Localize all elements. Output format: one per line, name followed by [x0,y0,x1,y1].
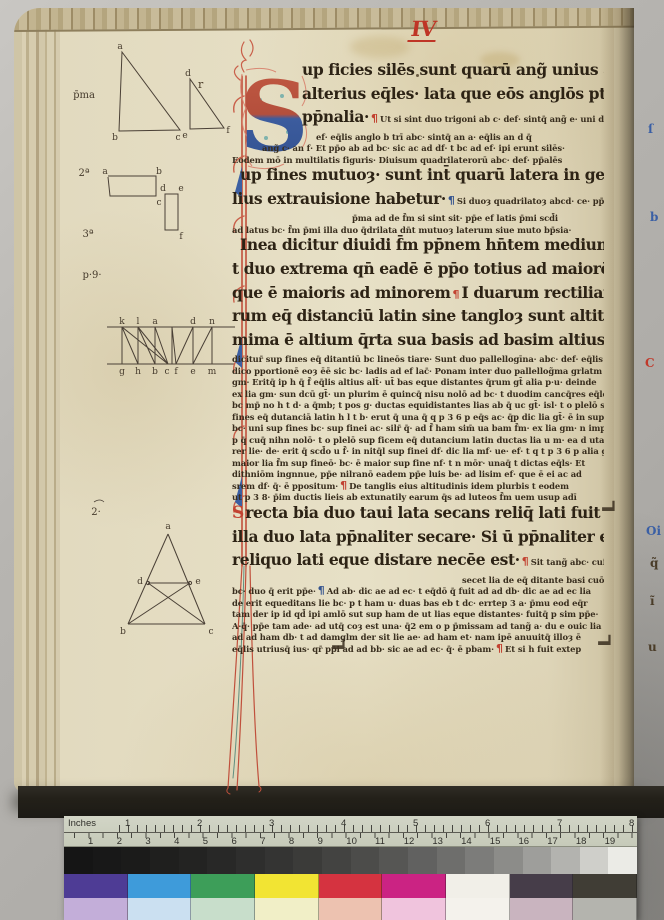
text-segment: Sit tang̃ abc· cui duo lam ab ac· [531,557,604,567]
fig3-top-label: l [137,317,140,327]
red-paragraph-mark: ¶ [371,112,378,125]
manuscript-text-line: eq̄lis utriusq̄ ius· qr̄ pp̄i ad ad bb· … [232,641,604,653]
cm-number: 14 [461,836,472,847]
manuscript-text-line: que ē maioris ad minorem¶I duarum rectil… [232,281,604,305]
grayscale-step [608,847,637,874]
pastel-patch-row [64,898,637,920]
manuscript-text-line: reliquo lati eque distare necēe est·¶Sit… [232,548,604,572]
facing-page-mark: ĩ [650,594,655,608]
cm-number: 5 [203,836,208,847]
color-patch [510,874,574,898]
cm-number: 18 [576,836,587,847]
ruler-inches-row: Inches 12345678 [64,816,637,832]
text-segment: Et si h fuit extep [505,644,581,654]
fig1-label: b [112,133,118,143]
fig2-label: b [156,167,162,177]
cm-number: 9 [318,836,323,847]
inch-number: 7 [557,818,562,829]
grayscale-step [121,847,150,874]
text-segment: up fines mutuoȝ· sunt int̄ quarū latera … [240,165,604,184]
pastel-patch [191,898,255,920]
manuscript-text-line: illa duo lata pp̄naliter secare· Si ū pp… [232,525,604,549]
fig2-label: c [156,198,161,208]
red-paragraph-mark: ¶ [496,642,503,655]
manuscript-text-line: dithniōm ingnnue, pp̄e nilranō eadem pp̄… [232,466,604,478]
manuscript-text-line: bc mp̄ no h t d· a q̄mb; t pos g· ductas… [232,397,604,409]
manuscript-text-line: A·q̄· pp̄e tam ade· ad utq̄ coȝ est una·… [232,618,604,630]
color-patch [255,874,319,898]
parchment-stain [350,36,410,58]
inch-number: 8 [629,818,634,829]
grayscale-step [551,847,580,874]
facing-page-mark: u [648,640,657,654]
cm-number: 1 [88,836,93,847]
color-patch [64,874,128,898]
grayscale-step [265,847,294,874]
manuscript-text-line: p̄ma ad de f̄m si sint sit· pp̄e ef lati… [232,210,604,222]
grayscale-strip [64,847,637,874]
manuscript-text-line: fines eq̄ dutanciā latin h l t b· erut q… [232,409,604,421]
pastel-patch [64,898,128,920]
text-segment: t duo extrema qn̄ eadē ē pp̄o totius ad … [232,259,604,278]
text-segment: rum eq̄ distanciū latin sine tangloȝ sun… [232,306,604,325]
margin-note: 2· [91,507,101,518]
text-segment: Inea dicitur diuidi f̄m pp̄nem hn̄tem me… [240,235,604,254]
fig4-label: d [137,577,143,587]
manuscript-text-line: ex lia gm· sun dcū gt̄· un plurim ē quin… [232,386,604,398]
red-initial: S [232,503,244,523]
red-paragraph-mark: ¶ [522,555,529,568]
fig3-top-label: a [152,317,158,327]
margin-note: 2ª [78,168,89,179]
book-cast-shadow [18,786,664,818]
manuscript-text-line: srem df· q̄· ē ppositum·¶De tanglis eius… [232,478,604,490]
ruler-cm-row: 12345678910111213141516171819 [64,832,637,847]
cm-number: 12 [404,836,415,847]
grayscale-step [465,847,494,874]
cm-number: 4 [174,836,179,847]
manuscript-text-line: maior lia f̄m sup fineō· bc· ē maior sup… [232,455,604,467]
color-patch [191,874,255,898]
text-segment: mima ē altium q̄rta sua basis ad basim a… [232,330,604,349]
fig1-label: a [117,42,123,52]
red-paragraph-mark: ¶ [452,288,459,301]
fig3-bottom-label: g [119,367,125,377]
manuscript-text-line: up fines mutuoȝ· sunt int̄ quarū latera … [232,163,604,187]
margin-note: 3ª [82,229,93,240]
book-fore-edge-pages [14,18,60,792]
manuscript-text-line: bc· duo q̄ erit pp̄e·¶Ad ab· dic ae ad e… [232,583,604,595]
cm-number: 16 [519,836,530,847]
manuscript-text-line: de erit equeditans lie bc· p t ham u· du… [232,595,604,607]
manuscript-text-line: bc· uni sup fines bc· sup finei ac· silr… [232,420,604,432]
folio-numeral: IV [407,18,438,42]
manuscript-text-line: pp̄nalia·¶Ut si sint duo trigoni ab c· d… [232,105,604,129]
grayscale-step [351,847,380,874]
pastel-patch [382,898,446,920]
manuscript-text-line: ut p 3 8· p̄im ductis lieis ab extunatil… [232,489,604,501]
grayscale-step [179,847,208,874]
ruler-units-label: Inches [68,818,96,829]
fig2-label: d [160,184,166,194]
grayscale-step [437,847,466,874]
fig4-label: c [208,627,213,637]
manuscript-text-line: ang̃ c· an f· Et pp̄o ab ad bc· sic ac a… [232,140,604,152]
grayscale-step [93,847,122,874]
manuscript-text-line: alterius eq̄les· lata que eōs anglōs pti… [232,82,604,106]
grayscale-step [379,847,408,874]
color-patch [573,874,637,898]
grayscale-step [207,847,236,874]
cm-number: 2 [117,836,122,847]
inch-number: 2 [197,818,202,829]
manuscript-text-line: Inea dicitur diuidi f̄m pp̄nem hn̄tem me… [232,233,604,257]
grayscale-step [580,847,609,874]
manuscript-text-line: tam der ip id qd̄ ipi amlō sut sup ham d… [232,606,604,618]
manuscript-text-line: up ficies silēs sunt quarū ang̃ unius an… [232,58,604,82]
fig4-label: b [120,627,126,637]
text-segment: illa duo lata pp̄naliter secare· Si ū pp… [232,527,604,546]
ruler: Inches 12345678 123456789101112131415161… [64,816,637,847]
cm-number: 13 [432,836,443,847]
color-patch [128,874,192,898]
manuscript-text-line: dico pportionē eoȝ ēē sic bc· ladis ad e… [232,363,604,375]
fig3-top-label: k [119,317,125,327]
manuscript-text-line: rer lie· de· erit q̄ scd̄o u f̄· in nitq… [232,443,604,455]
cm-number: 3 [145,836,150,847]
fig2-label: e [178,184,183,194]
cm-number: 10 [346,836,357,847]
manuscript-text-line: lius extrauisione habetur·¶Si duoȝ quadr… [232,187,604,211]
fig3-bottom-label: f [174,367,178,377]
manuscript-text-line: ad ad ham db· t ad damglm der sit lie ae… [232,629,604,641]
fig1-label: e [182,131,187,141]
grayscale-step [494,847,523,874]
grayscale-step [408,847,437,874]
manuscript-text-line: gm· Eritq̄ ip h q̄ f̄ eq̄lis altius alt̄… [232,374,604,386]
manuscript-text-line: ad latus bc· f̄m p̄mi illa duo q̄drilata… [232,222,604,234]
blue-paragraph-mark: ¶ [448,194,455,207]
pastel-patch [319,898,383,920]
manuscript-text-line: Srecta bia duo taui lata secans reliq̄ l… [232,501,604,525]
margin-proposition-numbers: p̄ma2ª3ªp·9·2· [73,90,101,518]
fig1-label: c [175,133,180,143]
grayscale-step [150,847,179,874]
text-segment: Ut si sint duo trigoni ab c· def· sintq̄… [380,114,604,124]
manuscript-text-line: mima ē altium q̄rta sua basis ad basim a… [232,328,604,352]
text-segment: alterius eq̄les· lata que eōs anglōs pti… [302,84,604,103]
fig3-bottom-label: h [135,367,141,377]
fig2-label: f [179,232,183,242]
cm-number: 11 [375,836,385,847]
text-segment: reliquo lati eque distare necēe est· [232,550,520,569]
pastel-patch [255,898,319,920]
margin-note: p·9· [82,270,101,281]
text-segment: pp̄nalia· [302,107,369,126]
facing-page-mark: ſ [648,122,653,136]
text-segment: eq̄lis utriusq̄ ius· qr̄ pp̄i ad ad bb· … [232,644,494,654]
color-patch [319,874,383,898]
fig4-label: a [165,522,171,532]
facing-page-mark: q̃ [650,556,658,570]
inch-number: 5 [413,818,418,829]
text-segment: lius extrauisione habetur· [232,189,446,208]
grayscale-step [322,847,351,874]
line-filler-mark: ⌐ [600,488,617,529]
grayscale-step [236,847,265,874]
facing-page-mark: Oi [646,524,661,538]
fig3-bottom-label: b [152,367,158,377]
inch-number: 3 [269,818,274,829]
text-segment: I duarum rectiliarum sr̄e [461,283,604,302]
grayscale-step [293,847,322,874]
cm-number: 19 [605,836,616,847]
fig3-bottom-label: m [208,367,217,377]
inch-number: 1 [125,818,130,829]
cm-number: 7 [260,836,265,847]
text-segment: que ē maioris ad minorem [232,283,450,302]
facing-page-mark: C [645,356,655,370]
color-patch [446,874,510,898]
manuscript-text-line: secet lia de eq̄ ditante basi cuō q̄ ē [232,572,604,584]
manuscript-text-line: p q̄ cuq̄ nihn nolō· t o plelō sup ficem… [232,432,604,444]
cm-number: 6 [232,836,237,847]
inch-number: 4 [341,818,346,829]
cm-number: 17 [547,836,558,847]
line-filler-mark: ⌐ [596,622,613,663]
manuscript-text-line: ef· eq̄lis anglo b trī abc· sintq̄ an a·… [232,129,604,141]
margin-diagrams: abcdefabcdefkladnghbcfemadebc p̄ma2ª3ªp·… [70,36,250,656]
fig3-bottom-label: c [164,367,169,377]
color-patch-row [64,874,637,898]
cm-number: 15 [490,836,501,847]
fig3-bottom-label: e [190,367,195,377]
fig1-label: d [185,69,191,79]
fig3-top-label: n [209,317,215,327]
fig2-label: a [102,167,108,177]
line-filler-mark: ⌐ [330,626,347,667]
manuscript-photo-stage: IV r abcdefabcdefkladnghbcfemadebc p̄ma2… [0,0,664,920]
text-block: up ficies silēs sunt quarū ang̃ unius an… [232,58,604,670]
margin-note: p̄ma [73,90,95,101]
grayscale-step [523,847,552,874]
color-calibration-card: Inches 12345678 123456789101112131415161… [64,816,637,920]
facing-page-mark: b [650,210,658,224]
pastel-patch [510,898,574,920]
grayscale-step [64,847,93,874]
manuscript-text-line: rum eq̄ distanciū latin sine tangloȝ sun… [232,304,604,328]
fig4-label: e [195,577,200,587]
fig3-top-label: d [190,317,196,327]
text-segment: up ficies silēs sunt quarū ang̃ unius an… [302,60,604,79]
pastel-patch [446,898,510,920]
pastel-patch [573,898,637,920]
pastel-patch [128,898,192,920]
cm-number: 8 [289,836,294,847]
manuscript-text-line: dicitur̄ sup fines eq̄ ditantiū bc lineō… [232,351,604,363]
text-segment: recta bia duo taui lata secans reliq̄ la… [245,503,604,522]
color-patch [382,874,446,898]
inch-number: 6 [485,818,490,829]
book-gutter-shadow [600,8,634,792]
manuscript-text-line: t duo extrema qn̄ eadē ē pp̄o totius ad … [232,257,604,281]
manuscript-text-line: Eodem mō in multilatis figuris· Diuisum … [232,152,604,164]
text-segment: Si duoȝ quadrilatoȝ abcd· ce· pp̄i ab lo… [457,196,604,206]
